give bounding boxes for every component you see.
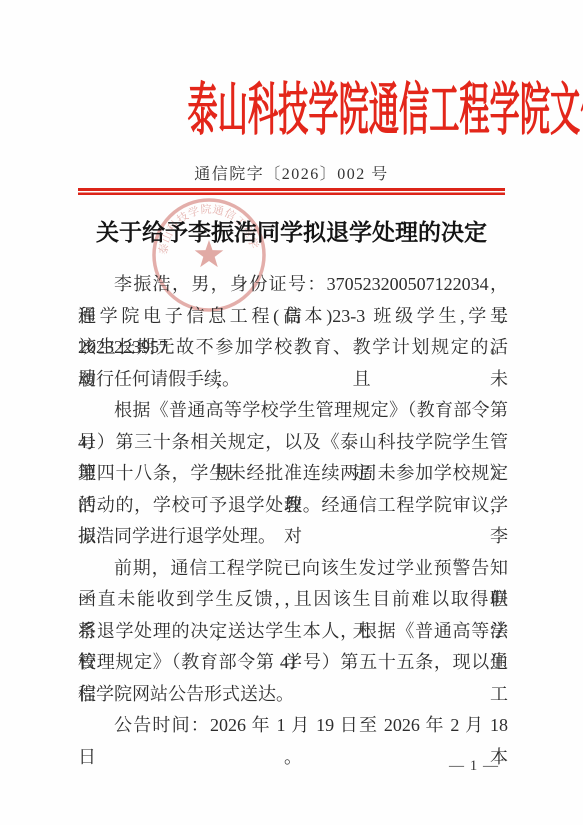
body-line: 第四十八条，学生未经批准连续两周未参加学校规定的教学 xyxy=(78,458,508,490)
body-line: 根据《普通高等学校学生管理规定》（教育部令第 41 xyxy=(78,395,508,427)
letterhead-title: 泰山科技学院通信工程学院文件 xyxy=(0,80,583,143)
body-line: 前期，通信工程学院已向该生发过学业预警告知函，但 xyxy=(78,553,508,585)
letterhead-title-text: 泰山科技学院通信工程学院文件 xyxy=(188,80,583,143)
body-line: 一直未能收到学生反馈，且因该生目前难以取得联系，无法 xyxy=(78,584,508,616)
document-body: 李振浩，男，身份证号：370523200507122034，通信工 程学院电子信… xyxy=(78,269,508,742)
body-line: 该生长期无故不参加学校教育、教学计划规定的活动，且未 xyxy=(78,332,508,364)
body-line: 号）第三十条相关规定，以及《泰山科技学院学生管理规定》 xyxy=(78,427,508,459)
body-line: 活动的，学校可予退学处理。经通信工程学院审议，拟对李 xyxy=(78,490,508,522)
body-line: 程学院电子信息工程(高本)23-3 班级学生,学号 2023223957。 xyxy=(78,301,508,333)
body-line: 管理规定》（教育部令第 41 号）第五十五条，现以通信工 xyxy=(78,647,508,679)
red-divider-line xyxy=(78,188,505,195)
decision-title: 关于给予李振浩同学拟退学处理的决定 xyxy=(0,214,583,247)
body-line: 公告时间：2026 年 1 月 19 日至 2026 年 2 月 18 日。本 xyxy=(78,710,508,742)
document-number: 通信院字〔2026〕002 号 xyxy=(0,161,583,184)
page-number: — 1 — xyxy=(449,758,499,775)
body-line: 将退学处理的决定送达学生本人，根据《普通高等学校学生 xyxy=(78,616,508,648)
body-line: 李振浩，男，身份证号：370523200507122034，通信工 xyxy=(78,269,508,301)
document-page: 泰山科技学院通信工程学院文件 通信院字〔2026〕002 号 泰山科技学院通信工… xyxy=(0,0,583,825)
